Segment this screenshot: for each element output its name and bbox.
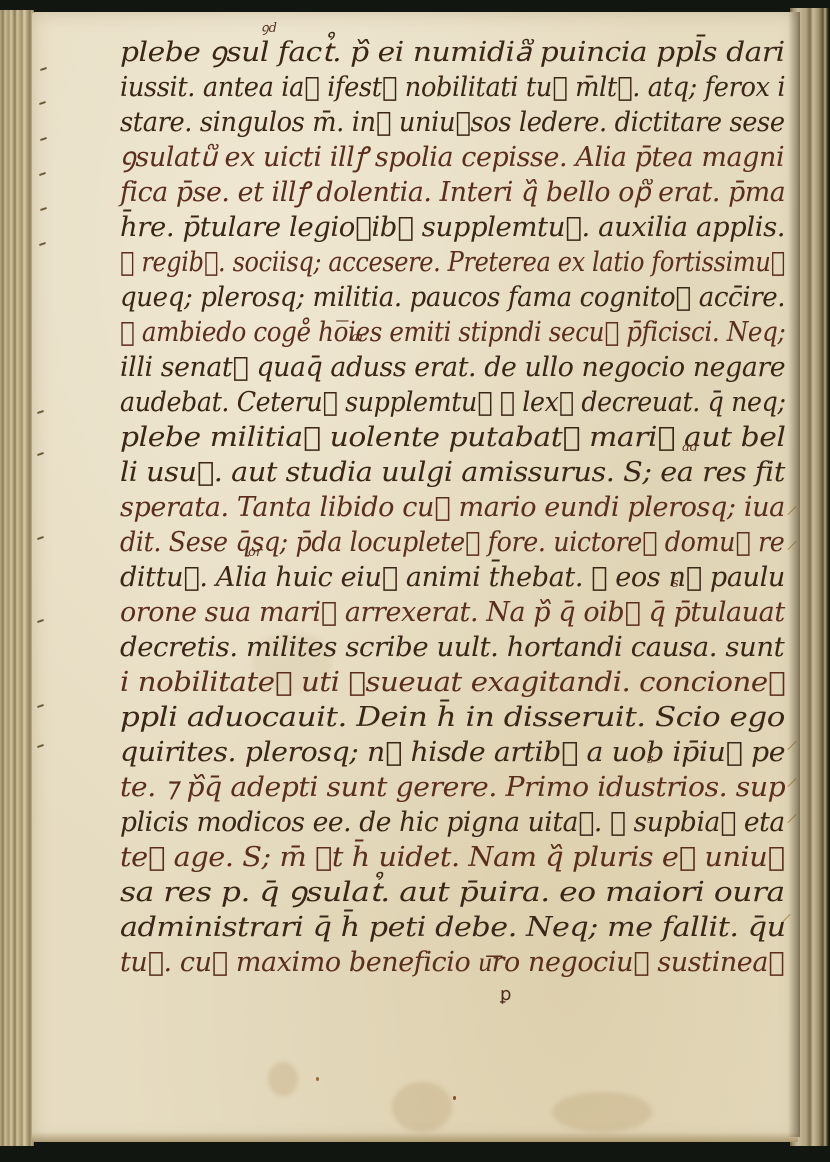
text-line-4: ꝯsulatu᷑ ex uicti illꝭ spolia cepisse. A… (120, 141, 784, 175)
interlinear-gloss: or (248, 545, 262, 560)
text-line-15: dit. Sese q̄sq; p̄da locuplete᷑ fore. ui… (120, 526, 784, 560)
text-line-27: tu᷑. cu᷑ maximo beneficio u͞ro negociu᷑ … (120, 946, 784, 980)
text-line-16: dittu᷑. Alia huic eiu᷑ animi t̄hebat. ⁊ … (120, 561, 785, 595)
ink-speck (453, 1096, 456, 1100)
text-line-17: orone sua mari᷒ arrexerat. Na p᷈ q̄ oib᷒… (120, 596, 785, 630)
text-line-25: sa res p. q̄ ꝯsulat᷒. aut p̄uira. eo mai… (120, 876, 785, 910)
text-line-3: stare. singulos m̄. in᷑ uniu᷑sos ledere.… (120, 106, 785, 140)
text-line-10: illi senat᷒ quaq̄ aduss erat. de ullo ne… (120, 351, 785, 385)
text-line-7: ⁊ regib᷒. sociisq; accesere. Preterea ex… (120, 246, 785, 280)
text-line-18: decretis. milites scribe uult. hortandi … (120, 631, 784, 665)
text-line-24: te᷑ age. S; m̄ ꝯt h̄ uidet. Nam q᷈ pluri… (120, 841, 785, 875)
photo-frame: plebe ꝯsul fact᷒. p᷈ ei numidia᷑ puincia… (0, 0, 830, 1162)
gutter-shadow (788, 12, 800, 1137)
text-line-22: te. ⁊ p᷈q̄ adepti sunt gerere. Primo idu… (120, 771, 785, 805)
text-line-8: queq; plerosq; militia. paucos fama cogn… (120, 281, 785, 315)
stain (392, 1082, 452, 1132)
interlinear-gloss: ꝯd (261, 18, 277, 36)
text-line-5: fica p̄se. et illꝭ dolentia. Interi q᷈ b… (120, 176, 785, 210)
text-line-13: li usu᷑. aut studia uulgi amissurus. S; … (120, 456, 785, 490)
text-line-9: ⁊ ambiedo coge̊ ho̅ies emiti stipndi sec… (120, 316, 785, 350)
stacked-page-edges-left (0, 10, 34, 1150)
text-line-6: h̄re. p̄tulare legio᷑ib᷒ supplemtu᷑. aux… (120, 211, 785, 245)
text-line-23: plicis modicos ee. de hic pigna uita᷑. ⁊… (120, 806, 785, 840)
text-line-11: audebat. Ceteru᷑ supplemtu᷑ ⁊ lex᷒ decre… (120, 386, 786, 420)
text-line-14: sperata. Tanta libido cu᷑ mario eundi pl… (120, 491, 785, 525)
ink-speck (316, 1077, 319, 1081)
text-line-1: plebe ꝯsul fact᷒. p᷈ ei numidia᷑ puincia… (120, 36, 785, 70)
interlinear-gloss: s (672, 576, 679, 591)
text-line-20: ppli aduocauit. Dein h̄ in disseruit. Sc… (120, 701, 785, 735)
text-line-21: quirites. plerosq; n᷑ hisde artib᷒ a uob… (120, 736, 785, 770)
text-line-2: iussit. antea ia᷑ ifest᷒ nobilitati tu᷑ … (120, 71, 785, 105)
interlinear-gloss: ar (351, 330, 365, 345)
catchword-mark: ꝑ (500, 984, 511, 1005)
text-line-26: administrari q̄ h̄ peti debe. Neq; me fa… (120, 911, 786, 945)
stain (552, 1092, 652, 1132)
interlinear-gloss: ad (682, 440, 698, 455)
bottom-background (0, 1146, 830, 1162)
text-line-19: i nobilitate᷑ uti ꝯsueuat exagitandi. co… (120, 666, 785, 700)
stain (268, 1062, 298, 1096)
interlinear-gloss: s (647, 752, 654, 767)
